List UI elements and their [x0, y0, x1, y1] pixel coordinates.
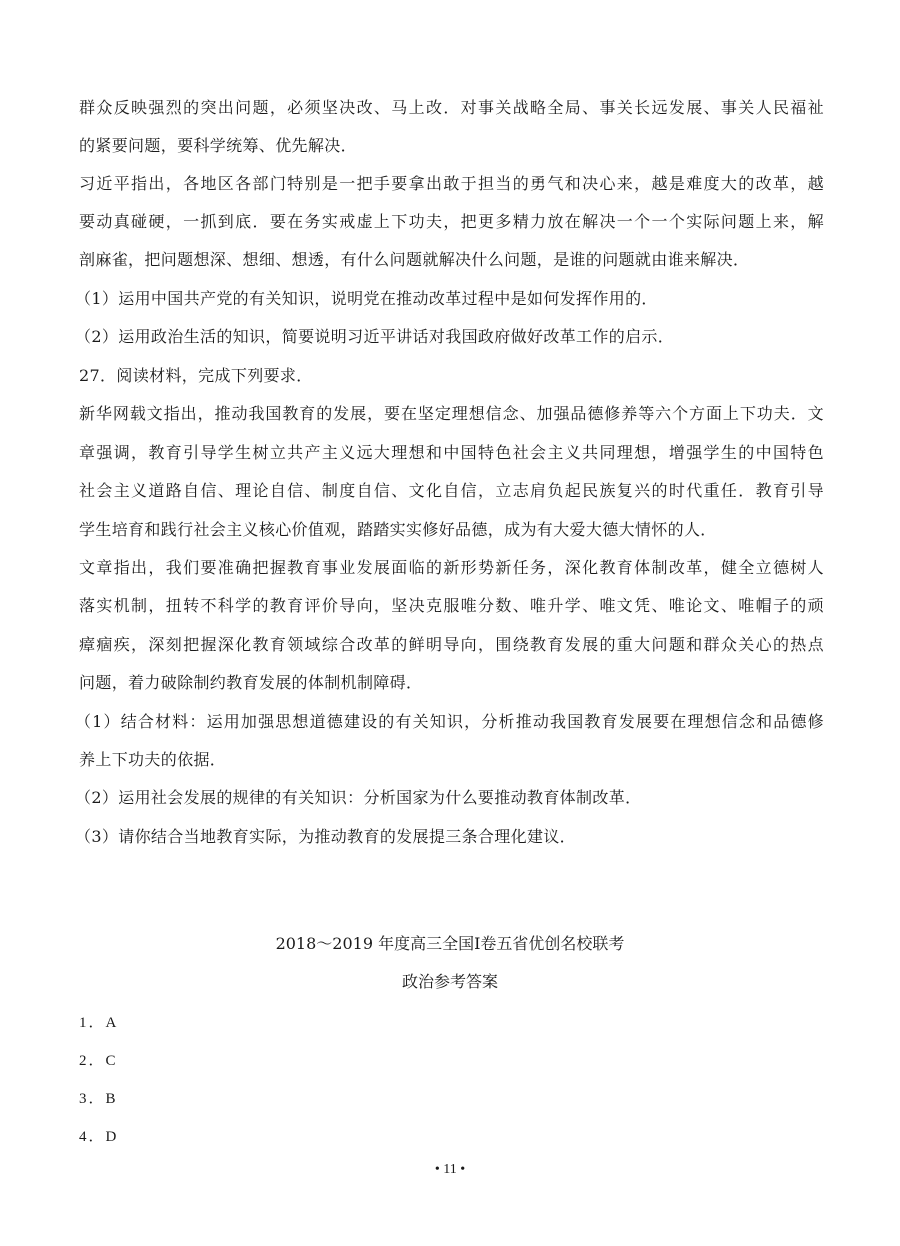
answer-section-title: 2018～2019 年度高三全国Ⅰ卷五省优创名校联考 — [0, 934, 900, 954]
material-line: 剖麻雀，把问题想深、想细、想透，有什么问题就解决什么问题，是谁的问题就由谁来解决… — [79, 250, 824, 270]
sub-question: （3）请你结合当地教育实际，为推动教育的发展提三条合理化建议． — [75, 827, 820, 847]
material-line: 社会主义道路自信、理论自信、制度自信、文化自信，立志肩负起民族复兴的时代重任．教… — [79, 481, 824, 501]
answer-section-subtitle: 政治参考答案 — [0, 972, 900, 992]
document-page: 群众反映强烈的突出问题，必须坚决改、马上改．对事关战略全局、事关长远发展、事关人… — [0, 0, 900, 1246]
material-line: 文章指出，我们要准确把握教育事业发展面临的新形势新任务，深化教育体制改革，健全立… — [79, 558, 824, 578]
material-line: 章强调，教育引导学生树立共产主义远大理想和中国特色社会主义共同理想，增强学生的中… — [79, 443, 824, 463]
material-line: 学生培育和践行社会主义核心价值观，踏踏实实修好品德，成为有大爱大德大情怀的人． — [79, 520, 824, 540]
material-line: 问题，着力破除制约教育发展的体制机制障碍． — [79, 673, 824, 693]
answer-item: 3．B — [79, 1089, 118, 1109]
material-line: 要动真碰硬，一抓到底．要在务实戒虚上下功夫，把更多精力放在解决一个一个实际问题上… — [79, 212, 824, 232]
sub-question: （1）结合材料：运用加强思想道德建设的有关知识，分析推动我国教育发展要在理想信念… — [75, 712, 824, 732]
material-line: 瘴痼疾，深刻把握深化教育领域综合改革的鲜明导向，围绕教育发展的重大问题和群众关心… — [79, 635, 824, 655]
material-line: 习近平指出，各地区各部门特别是一把手要拿出敢于担当的勇气和决心来，越是难度大的改… — [79, 174, 824, 194]
material-line: 落实机制，扭转不科学的教育评价导向，坚决克服唯分数、唯升学、唯文凭、唯论文、唯帽… — [79, 596, 824, 616]
sub-question: （2）运用社会发展的规律的有关知识：分析国家为什么要推动教育体制改革． — [75, 788, 820, 808]
sub-question: 养上下功夫的依据． — [79, 750, 824, 770]
material-line: 群众反映强烈的突出问题，必须坚决改、马上改．对事关战略全局、事关长远发展、事关人… — [79, 98, 824, 118]
sub-question: （2）运用政治生活的知识，简要说明习近平讲话对我国政府做好改革工作的启示． — [75, 327, 820, 347]
material-line: 新华网载文指出，推动我国教育的发展，要在坚定理想信念、加强品德修养等六个方面上下… — [79, 404, 824, 424]
answer-item: 2．C — [79, 1051, 118, 1071]
page-number: • 11 • — [0, 1162, 900, 1178]
answer-item: 1．A — [79, 1013, 118, 1033]
sub-question: （1）运用中国共产党的有关知识，说明党在推动改革过程中是如何发挥作用的． — [75, 289, 820, 309]
answer-item: 4．D — [79, 1127, 118, 1147]
material-line: 的紧要问题，要科学统筹、优先解决． — [79, 136, 824, 156]
question-heading: 27．阅读材料，完成下列要求． — [79, 366, 824, 386]
